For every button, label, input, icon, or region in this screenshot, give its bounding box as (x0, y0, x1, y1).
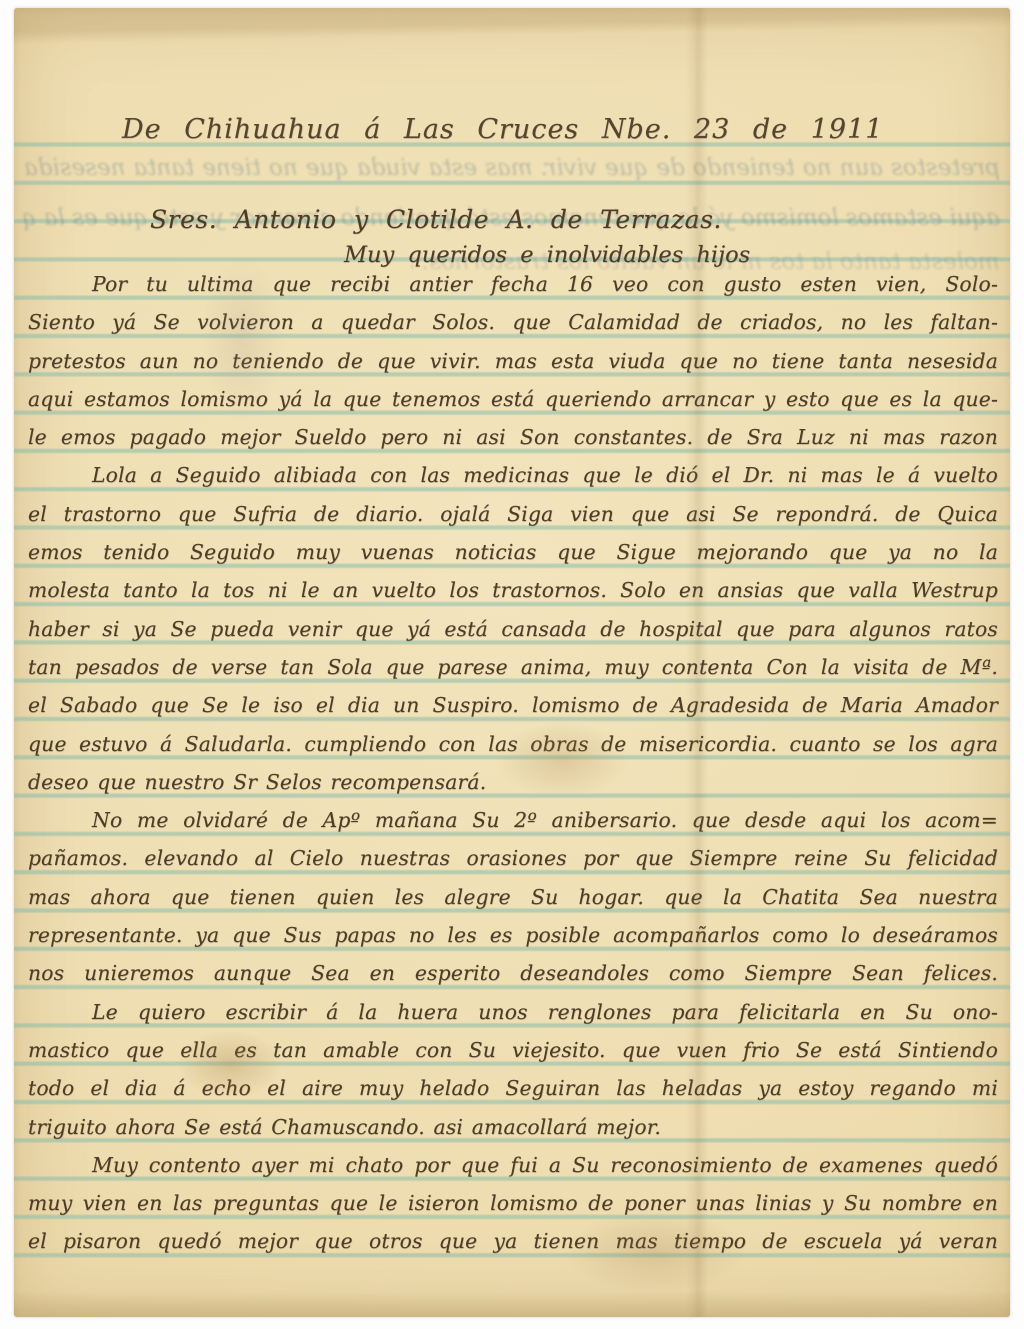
letter-line: nos unieremos aunque Sea en esperito des… (28, 955, 998, 993)
letter-body: Por tu ultima que recibi antier fecha 16… (28, 266, 998, 1262)
letter-line: muy vien en las preguntas que le isieron… (28, 1185, 998, 1223)
letter-line: todo el dia á echo el aire muy helado Se… (28, 1070, 998, 1108)
letter-paper: pretestos aun no teniendo de que vivir. … (14, 8, 1010, 1317)
letter-line: molesta tanto la tos ni le an vuelto los… (28, 572, 998, 610)
letter-line: le emos pagado mejor Sueldo pero ni asi … (28, 419, 998, 457)
letter-line: haber si ya Se pueda venir que yá está c… (28, 611, 998, 649)
letter-line: aqui estamos lomismo yá la que tenemos e… (28, 381, 998, 419)
letter-line: representante. ya que Sus papas no les e… (28, 917, 998, 955)
letter-line: tan pesados de verse tan Sola que parese… (28, 649, 998, 687)
dateline: De Chihuahua á Las Cruces Nbe. 23 de 191… (122, 108, 890, 152)
letter-line: mastico que ella es tan amable con Su vi… (28, 1032, 998, 1070)
letter-line: Por tu ultima que recibi antier fecha 16… (28, 266, 998, 304)
letter-line: emos tenido Seguido muy vuenas noticias … (28, 534, 998, 572)
letter-line: pretestos aun no teniendo de que vivir. … (28, 343, 998, 381)
letter-line: Siento yá Se volvieron a quedar Solos. q… (28, 304, 998, 342)
letter-line: pañamos. elevando al Cielo nuestras oras… (28, 840, 998, 878)
letter-line: mas ahora que tienen quien les alegre Su… (28, 879, 998, 917)
letter-line: Lola a Seguido alibiada con las medicina… (28, 457, 998, 495)
letter-line: Muy contento ayer mi chato por que fui a… (28, 1147, 998, 1185)
letter-line: el Sabado que Se le iso el dia un Suspir… (28, 687, 998, 725)
letter-line: el trastorno que Sufria de diario. ojalá… (28, 496, 998, 534)
letter-line: No me olvidaré de Apº mañana Su 2º anibe… (28, 802, 998, 840)
letter-line: deseo que nuestro Sr Selos recompensará. (28, 764, 998, 802)
scanned-letter: pretestos aun no teniendo de que vivir. … (0, 0, 1024, 1329)
addressee-line: Sres. Antonio y Clotilde A. de Terrazas. (150, 200, 722, 240)
letter-line: el pisaron quedó mejor que otros que ya … (28, 1223, 998, 1261)
letter-line: Le quiero escribir á la huera unos rengl… (28, 994, 998, 1032)
letter-line: que estuvo á Saludarla. cumpliendo con l… (28, 726, 998, 764)
letter-line: triguito ahora Se está Chamuscando. asi … (28, 1109, 998, 1147)
